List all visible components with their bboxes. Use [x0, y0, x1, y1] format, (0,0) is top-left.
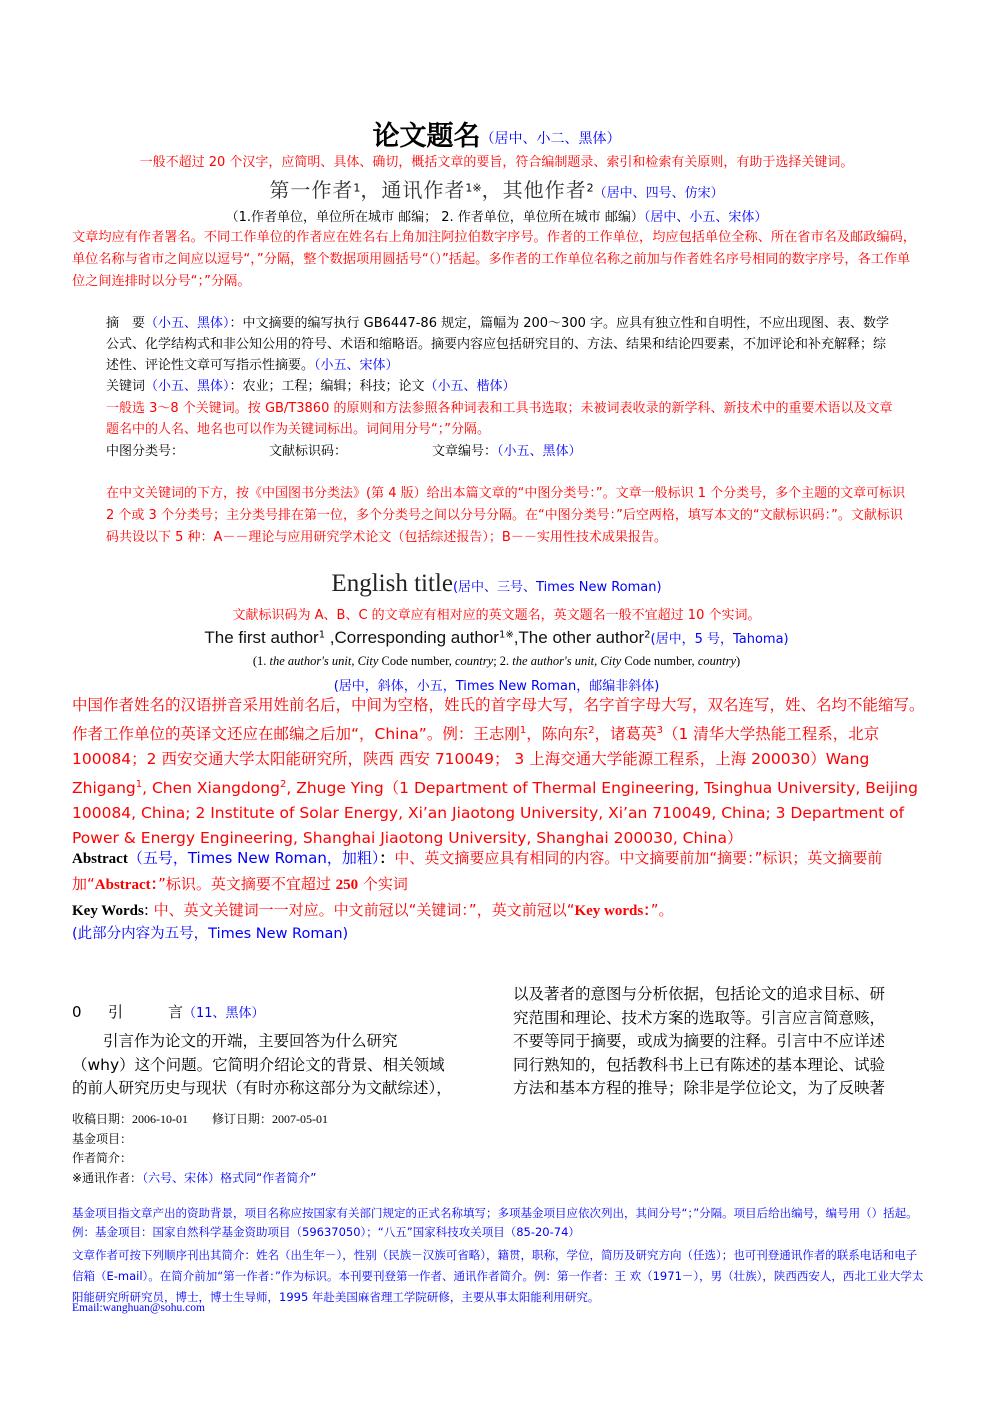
- intro-line: 引言作为论文的开端，主要回答为什么研究: [72, 1030, 477, 1054]
- author-corresponding: 通讯作者: [381, 178, 465, 202]
- author-other: 其他作者: [503, 178, 587, 202]
- en-keywords-text: ”。: [651, 901, 674, 919]
- corr-label: ※通讯作者：: [72, 1171, 142, 1185]
- en-keywords-colon: :: [144, 901, 154, 919]
- corr-format-note: （六号、宋体）格式同“作者简介”: [142, 1171, 316, 1185]
- en-abstract-format-note: （五号，Times New Roman，加粗）: [128, 849, 380, 867]
- pinyin-text: ，陈向东: [526, 725, 588, 743]
- affil-text: ; 2.: [493, 654, 512, 668]
- intro-line: 不要等同于摘要，或成为摘要的注释。引言中不应详述: [513, 1030, 923, 1054]
- affil-unit: the author's unit, City: [269, 654, 378, 668]
- classification-format-note: （小五、黑体）: [497, 444, 582, 459]
- abstract-label-note: （小五、黑体）: [145, 316, 230, 331]
- affiliations-line: （1.作者单位，单位所在城市 邮编； 2. 作者单位，单位所在城市 邮编）（居中…: [0, 206, 993, 225]
- bio-label: 作者简介：: [72, 1149, 328, 1169]
- intro-line: 的前人研究历史与现状（有时亦称这部分为文献综述），: [72, 1077, 477, 1101]
- english-affiliations-format-note: (居中，斜体，小五，Times New Roman，邮编非斜体): [0, 675, 993, 694]
- dates-line: 收稿日期：2006-10-01修订日期：2007-05-01: [72, 1110, 328, 1130]
- pinyin-text: ，诸葛英: [595, 725, 657, 743]
- en-keywords-label: Key Words: [72, 903, 144, 919]
- affiliations-format-note: （居中、小五、宋体）: [644, 210, 768, 225]
- english-title: English title: [331, 570, 453, 597]
- keywords-label-note: （小五、黑体）: [145, 379, 230, 394]
- intro-right-column: 以及著者的意图与分析依据，包括论文的追求目标、研 究范围和理论、技术方案的选取等…: [513, 983, 923, 1101]
- english-title-guidance: 文献标识码为 A、B、C 的文章应有相对应的英文题名，英文题名一般不宜超过 10…: [0, 604, 993, 623]
- affil-code: Code number,: [378, 654, 455, 668]
- authors-format-note: （居中、四号、仿宋）: [594, 186, 724, 201]
- english-title-format-note: (居中、三号、Times New Roman): [453, 580, 662, 595]
- intro-left-column: 引言作为论文的开端，主要回答为什么研究 （why）这个问题。它简明介绍论文的背景…: [72, 1030, 477, 1101]
- paper-title: 论文题名: [373, 121, 481, 152]
- en-abstract-label: Abstract: [72, 851, 128, 867]
- author-sep: ，: [482, 178, 503, 202]
- intro-line: 方法和基本方程的推导；除非是学位论文，为了反映著: [513, 1077, 923, 1101]
- received-label: 收稿日期：: [72, 1112, 132, 1126]
- english-affiliations: (1. the author's unit, City Code number,…: [0, 654, 993, 669]
- keywords-values: ：农业；工程；编辑；科技；论文: [230, 379, 425, 394]
- english-title-line: English title(居中、三号、Times New Roman): [0, 570, 993, 598]
- affil-code: Code number,: [621, 654, 698, 668]
- heading-char-1: 引: [108, 1001, 168, 1022]
- intro-line: 同行熟知的，包括教科书上已有陈述的基本理论、试验: [513, 1054, 923, 1078]
- authors-line: 第一作者1，通讯作者1※，其他作者2（居中、四号、仿宋）: [0, 174, 993, 203]
- english-abstract-guidance: Abstract（五号，Times New Roman，加粗）：中、英文摘要应具…: [72, 846, 932, 924]
- affil-unit: the author's unit, City: [512, 654, 621, 668]
- article-no-label: 文章编号：: [432, 444, 497, 459]
- footnote-meta: 收稿日期：2006-10-01修订日期：2007-05-01 基金项目： 作者简…: [72, 1110, 328, 1188]
- affil-text: ): [736, 654, 740, 668]
- affil-country: country: [455, 654, 493, 668]
- intro-line: （why）这个问题。它简明介绍论文的背景、相关领域: [72, 1054, 477, 1078]
- en-abstract-text: Abstract：: [95, 877, 158, 893]
- author-first: 第一作者: [269, 178, 353, 202]
- en-keywords-paragraph: Key Words: 中、英文关键词一一对应。中文前冠以“关键词：”，英文前冠以…: [72, 898, 932, 924]
- keywords-guidance: 一般选 3～8 个关键词。按 GB/T3860 的原则和方法参照各种词表和工具书…: [106, 398, 896, 440]
- title-format-note: （居中、小二、黑体）: [481, 131, 621, 147]
- en-abstract-colon: ：: [379, 849, 394, 867]
- author-corresponding-sup: 1※: [465, 182, 481, 195]
- keywords-label: 关键词: [106, 379, 145, 394]
- intro-line: 以及著者的意图与分析依据，包括论文的追求目标、研: [513, 983, 923, 1007]
- affiliations: （1.作者单位，单位所在城市 邮编； 2. 作者单位，单位所在城市 邮编）: [226, 210, 644, 225]
- en-author-other: ,The other author: [514, 628, 644, 647]
- abstract-paragraph: 摘 要（小五、黑体）：中文摘要的编写执行 GB6447-86 规定，篇幅为 20…: [106, 313, 896, 376]
- en-abstract-text: 250: [336, 877, 359, 893]
- scope-format-note: (此部分内容为五号，Times New Roman): [72, 922, 348, 943]
- affil-country: country: [698, 654, 736, 668]
- heading-char-2: 言: [168, 1003, 183, 1021]
- bio-guidance: 文章作者可按下列顺序刊出其简介：姓名（出生年－），性别（民族－汉族可省略），籍贯…: [72, 1245, 927, 1308]
- classification-guidance: 在中文关键词的下方，按《中国图书分类法》(第 4 版）给出本篇文章的“中图分类号…: [106, 483, 906, 549]
- received-date: 2006-10-01: [132, 1112, 188, 1126]
- revised-label: 修订日期：: [212, 1112, 272, 1126]
- classification-line: 中图分类号：文献标识码：文章编号：（小五、黑体）: [106, 441, 896, 462]
- keywords-values-note: （小五、楷体）: [425, 379, 516, 394]
- en-keywords-text: Key words：: [574, 903, 650, 919]
- en-abstract-text: 个实词: [358, 875, 408, 893]
- en-author-first: The first author: [204, 628, 318, 647]
- abstract-body-note: （小五、宋体）: [314, 358, 399, 373]
- en-authors-format-note: (居中，5 号，Tahoma): [651, 632, 789, 647]
- section-number: 0: [72, 1003, 108, 1021]
- pinyin-text: , Chen Xiangdong: [142, 779, 280, 797]
- clc-label: 中图分类号：: [106, 444, 184, 459]
- en-abstract-text: ”标识。英文摘要不宜超过: [158, 875, 336, 893]
- title-line: 论文题名（居中、小二、黑体）: [0, 114, 993, 153]
- bio-email: Email:wanghuan@sohu.com: [72, 1302, 205, 1314]
- doc-code-label: 文献标识码：: [269, 444, 347, 459]
- title-guidance: 一般不超过 20 个汉字，应简明、具体、确切，概括文章的要旨，符合编制题录、索引…: [0, 151, 993, 170]
- intro-line: 究范围和理论、技术方案的选取等。引言应言简意赅，: [513, 1007, 923, 1031]
- introduction-heading: 0引言（11、黑体）: [72, 1001, 265, 1022]
- keywords-line: 关键词（小五、黑体）：农业；工程；编辑；科技；论文（小五、楷体）: [106, 376, 896, 397]
- author-guidance: 文章均应有作者署名。不同工作单位的作者应在姓名右上角加注阿拉伯数字序号。作者的工…: [72, 227, 922, 293]
- en-abstract-paragraph: Abstract（五号，Times New Roman，加粗）：中、英文摘要应具…: [72, 846, 932, 898]
- fund-guidance: 基金项目指文章产出的资助背景，项目名称应按国家有关部门规定的正式名称填写；多项基…: [72, 1204, 927, 1242]
- fund-label: 基金项目：: [72, 1130, 328, 1150]
- abstract-label: 摘 要: [106, 316, 145, 331]
- affil-text: (1.: [253, 654, 270, 668]
- author-other-sup: 2: [587, 182, 594, 195]
- en-keywords-text: 中、英文关键词一一对应。中文前冠以“关键词：”，英文前冠以“: [154, 901, 575, 919]
- pinyin-guidance: 中国作者姓名的汉语拼音采用姓前名后，中间为空格，姓氏的首字母大写，名字首字母大写…: [72, 693, 927, 851]
- en-author-corr-sup: 1※: [499, 630, 514, 641]
- abstract-block: 摘 要（小五、黑体）：中文摘要的编写执行 GB6447-86 规定，篇幅为 20…: [106, 313, 896, 397]
- revised-date: 2007-05-01: [272, 1112, 328, 1126]
- english-authors-line: The first author1 ,Corresponding author1…: [0, 628, 993, 648]
- en-author-corresponding: ,Corresponding author: [325, 628, 499, 647]
- corresponding-line: ※通讯作者：（六号、宋体）格式同“作者简介”: [72, 1169, 328, 1189]
- heading-format-note: （11、黑体）: [183, 1006, 265, 1021]
- author-sep: ，: [360, 178, 381, 202]
